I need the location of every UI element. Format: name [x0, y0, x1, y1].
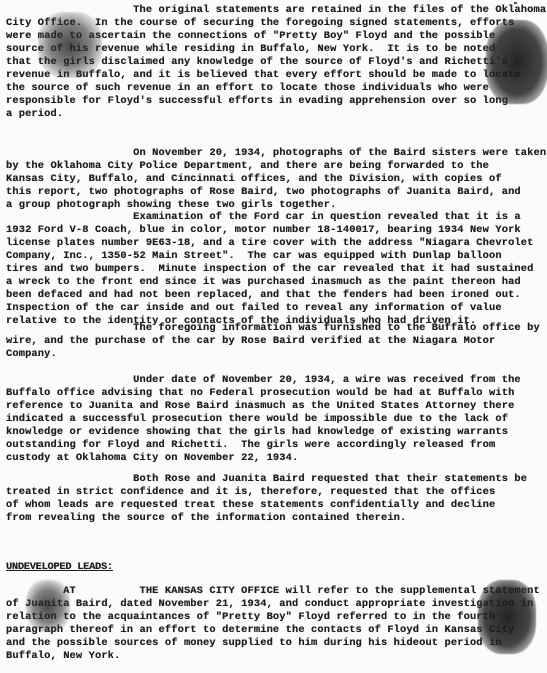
paragraph-line-buffalo-wire: Company. [6, 348, 57, 361]
redaction-smudge-bottom-right [478, 580, 536, 654]
section-heading-undeveloped-leads: UNDEVELOPED LEADS: [6, 561, 113, 574]
paragraph-line-photographs: by the Oklahoma City Police Department, … [6, 160, 489, 173]
paragraph-line-no-prosecution: outstanding for Floyd and Richetti. The … [6, 439, 495, 452]
paragraph-line-ford-examination: 1932 Ford V-8 Coach, blue in color, moto… [6, 224, 521, 237]
paragraph-line-buffalo-wire: The foregoing information was furnished … [6, 322, 540, 335]
paragraph-line-confidence: treated in strict confidence and it is, … [6, 486, 495, 499]
redaction-smudge-bottom-left [26, 580, 70, 632]
paragraph-line-original-statements: a period. [6, 108, 63, 121]
paragraph-line-confidence: from revealing the source of the informa… [6, 512, 406, 525]
paragraph-line-no-prosecution: knowledge or evidence showing that the g… [6, 426, 508, 439]
paragraph-line-ford-examination: been defaced and had not been replaced, … [6, 289, 521, 302]
leads-line: relation to the acquaintances of "Pretty… [6, 611, 495, 624]
leads-line: AT THE KANSAS CITY OFFICE will refer to … [6, 585, 540, 598]
paragraph-line-photographs: this report, two photographs of Rose Bai… [6, 186, 521, 199]
paragraph-line-no-prosecution: custody at Oklahoma City on November 22,… [6, 452, 298, 465]
paragraph-line-no-prosecution: reference to Juanita and Rose Baird inas… [6, 400, 514, 413]
paragraph-line-confidence: Both Rose and Juanita Baird requested th… [6, 473, 527, 486]
paragraph-line-ford-examination: tires and two bumpers. Minute inspection… [6, 263, 534, 276]
scan-mark [514, 2, 517, 4]
paragraph-line-ford-examination: Company, Inc., 1350-52 Main Street". The… [6, 250, 502, 263]
paragraph-line-ford-examination: Inspection of the car inside and out fai… [6, 302, 502, 315]
redaction-smudge-top-right [486, 20, 547, 104]
redaction-smudge-top-left [38, 12, 102, 78]
leads-line: of Juanita Baird, dated November 21, 193… [6, 598, 534, 611]
paragraph-line-no-prosecution: Buffalo office advising that no Federal … [6, 387, 514, 400]
leads-line: Buffalo, New York. [6, 650, 120, 663]
document-page: The original statements are retained in … [0, 0, 547, 673]
paragraph-line-photographs: Kansas City, Buffalo, and Cincinnati off… [6, 173, 502, 186]
paragraph-line-ford-examination: a wreck to the front end since it was pu… [6, 276, 521, 289]
leads-line: paragraph thereof in an effort to determ… [6, 624, 514, 637]
paragraph-line-ford-examination: license plates number 9E63-18, and a tir… [6, 237, 534, 250]
paragraph-line-original-statements: responsible for Floyd's successful effor… [6, 95, 508, 108]
leads-line: and the possible sources of money suppli… [6, 637, 502, 650]
paragraph-line-confidence: of whom leads are requested treat these … [6, 499, 495, 512]
paragraph-line-original-statements: the source of such revenue in an effort … [6, 82, 489, 95]
paragraph-line-photographs: On November 20, 1934, photographs of the… [6, 147, 546, 160]
paragraph-line-no-prosecution: indicated a successful prosecution there… [6, 413, 508, 426]
paragraph-line-buffalo-wire: wire, and the purchase of the car by Ros… [6, 335, 495, 348]
paragraph-line-ford-examination: Examination of the Ford car in question … [6, 211, 521, 224]
paragraph-line-no-prosecution: Under date of November 20, 1934, a wire … [6, 374, 521, 387]
